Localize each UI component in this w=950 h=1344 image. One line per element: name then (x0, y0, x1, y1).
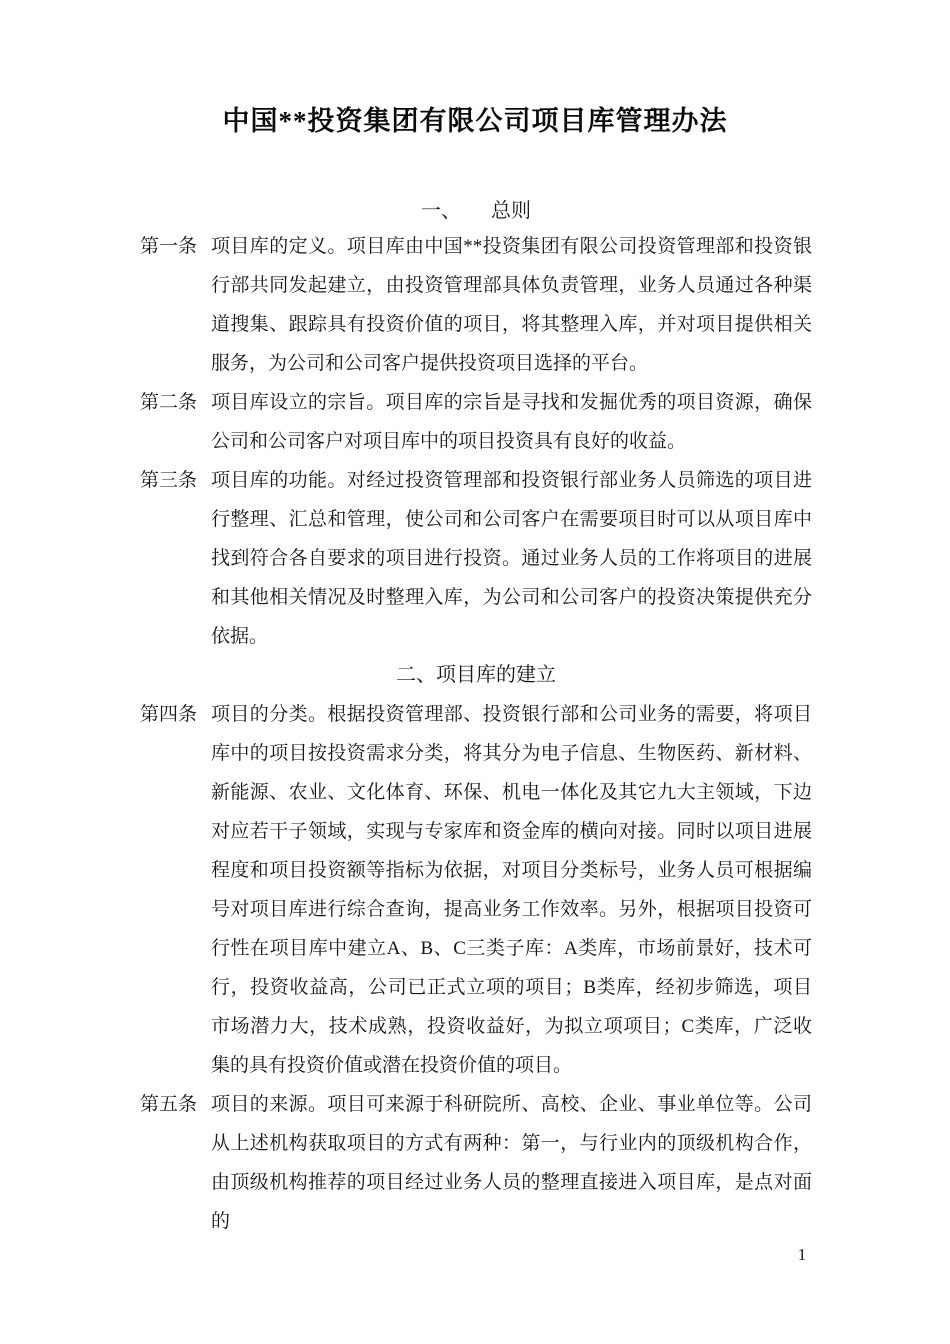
article-2-label: 第二条 (140, 383, 197, 422)
article-1-label: 第一条 (140, 227, 197, 266)
article-4-text: 项目的分类。根据投资管理部、投资银行部和公司业务的需要，将项目库中的项目按投资需… (211, 704, 812, 1076)
article-2: 第二条 项目库设立的宗旨。项目库的宗旨是寻找和发掘优秀的项目资源，确保公司和公司… (140, 383, 812, 461)
document-title: 中国**投资集团有限公司项目库管理办法 (0, 0, 950, 143)
article-1-text: 项目库的定义。项目库由中国**投资集团有限公司投资管理部和投资银行部共同发起建立… (211, 236, 812, 374)
article-3-text: 项目库的功能。对经过投资管理部和投资银行部业务人员筛选的项目进行整理、汇总和管理… (211, 470, 812, 647)
document-body: 一、 总则 第一条 项目库的定义。项目库由中国**投资集团有限公司投资管理部和投… (140, 195, 812, 1241)
article-4: 第四条 项目的分类。根据投资管理部、投资银行部和公司业务的需要，将项目库中的项目… (140, 695, 812, 1085)
article-1: 第一条 项目库的定义。项目库由中国**投资集团有限公司投资管理部和投资银行部共同… (140, 227, 812, 383)
article-2-text: 项目库设立的宗旨。项目库的宗旨是寻找和发掘优秀的项目资源，确保公司和公司客户对项… (211, 392, 812, 452)
section-heading-general-provisions: 一、 总则 (140, 195, 812, 227)
article-3-label: 第三条 (140, 461, 197, 500)
article-5-label: 第五条 (140, 1085, 197, 1124)
article-5: 第五条 项目的来源。项目可来源于科研院所、高校、企业、事业单位等。公司从上述机构… (140, 1085, 812, 1241)
article-4-label: 第四条 (140, 695, 197, 734)
article-5-text: 项目的来源。项目可来源于科研院所、高校、企业、事业单位等。公司从上述机构获取项目… (211, 1094, 812, 1232)
section-heading-library-establishment: 二、项目库的建立 (140, 656, 812, 695)
document-page: 中国**投资集团有限公司项目库管理办法 一、 总则 第一条 项目库的定义。项目库… (0, 0, 950, 1344)
article-3: 第三条 项目库的功能。对经过投资管理部和投资银行部业务人员筛选的项目进行整理、汇… (140, 461, 812, 656)
page-number: 1 (772, 1243, 832, 1267)
